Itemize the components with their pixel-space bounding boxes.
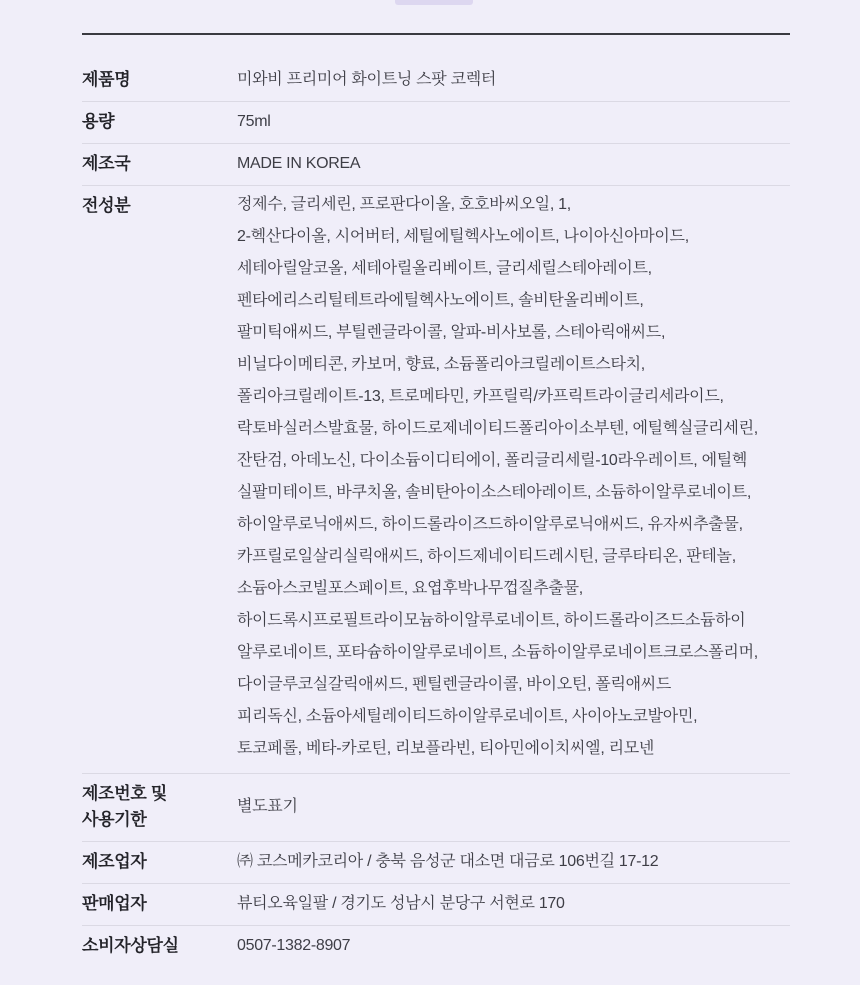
product-info-page: { "page": { "background_color": "#f0eef9… <box>0 0 860 985</box>
row-volume: 용량 75ml <box>82 102 790 144</box>
row-label: 제조업자 <box>82 849 237 875</box>
row-label: 제조국 <box>82 151 237 177</box>
seller-value: 뷰티오육일팔 / 경기도 성남시 분당구 서현로 170 <box>237 893 565 915</box>
batch-number-expiry-value: 별도표기 <box>237 796 298 818</box>
row-product-name: 제품명 미와비 프리미어 화이트닝 스팟 코렉터 <box>82 35 790 102</box>
customer-service-value: 0507-1382-8907 <box>237 935 350 957</box>
row-ingredients: 전성분 정제수, 글리세린, 프로판다이올, 호호바씨오일, 1, 2-헥산다이… <box>82 186 790 774</box>
manufacturer-value: ㈜ 코스메카코리아 / 충북 음성군 대소면 대금로 106번길 17-12 <box>237 851 658 873</box>
row-label: 제조번호 및 사용기한 <box>82 781 237 833</box>
row-seller: 판매업자 뷰티오육일팔 / 경기도 성남시 분당구 서현로 170 <box>82 884 790 926</box>
row-label: 용량 <box>82 109 237 135</box>
ingredients-value: 정제수, 글리세린, 프로판다이올, 호호바씨오일, 1, 2-헥산다이올, 시… <box>237 189 758 765</box>
row-manufacturer: 제조업자 ㈜ 코스메카코리아 / 충북 음성군 대소면 대금로 106번길 17… <box>82 842 790 884</box>
cropped-image-edge <box>395 0 473 5</box>
country-of-origin-value: MADE IN KOREA <box>237 153 360 175</box>
row-label: 소비자상담실 <box>82 933 237 959</box>
row-label: 제품명 <box>82 67 237 93</box>
volume-value: 75ml <box>237 111 270 133</box>
row-customer-service: 소비자상담실 0507-1382-8907 <box>82 926 790 967</box>
row-country-of-origin: 제조국 MADE IN KOREA <box>82 144 790 186</box>
row-batch-number-expiry: 제조번호 및 사용기한 별도표기 <box>82 774 790 842</box>
row-label: 전성분 <box>82 189 237 219</box>
row-label: 판매업자 <box>82 891 237 917</box>
product-info-table: 제품명 미와비 프리미어 화이트닝 스팟 코렉터 용량 75ml 제조국 MAD… <box>82 33 790 967</box>
product-name-value: 미와비 프리미어 화이트닝 스팟 코렉터 <box>237 69 496 91</box>
